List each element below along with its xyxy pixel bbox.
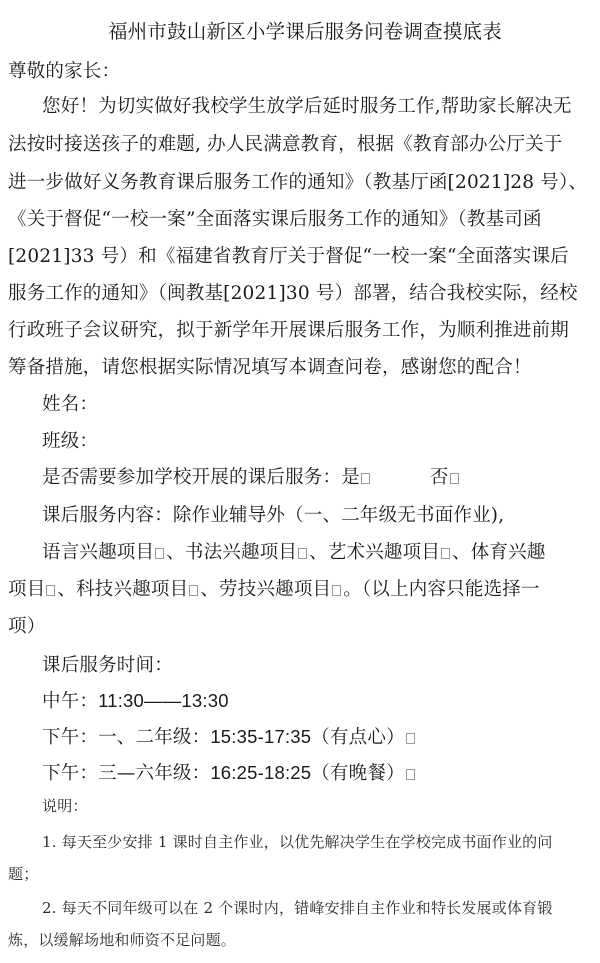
option-art-checkbox[interactable]: [441, 548, 450, 559]
intro-line-2: 法按时接送孩子的难题, 办人民满意教育，根据《教育部办公厅关于: [8, 133, 562, 157]
option-calligraphy-label: 书法兴趣项目: [185, 542, 297, 563]
afternoon1-label: 下午：一、二年级：: [42, 727, 210, 748]
option-tech-checkbox[interactable]: [189, 585, 198, 596]
afternoon2-note: （有晚餐）: [311, 763, 405, 784]
yes-label: 是: [341, 467, 360, 488]
intro-line-3: 进一步做好义务教育课后服务工作的通知》（教基厅函[2021]28 号）、: [8, 171, 587, 195]
intro-line-4: 《关于督促“一校一案”全面落实课后服务工作的通知》（教基司函: [8, 208, 542, 232]
notes-heading: 说明：: [42, 795, 88, 817]
schedule-heading: 课后服务时间：: [42, 654, 173, 678]
separator: 、: [452, 542, 471, 563]
content-intro: 课后服务内容：除作业辅导外（一、二年级无书面作业),: [42, 504, 504, 528]
note-1-line-1: 1. 每天至少安排 1 课时自主作业，以优先解决学生在学校完成书面作业的问: [42, 831, 553, 853]
class-field[interactable]: 班级：: [42, 430, 98, 454]
noon-label: 中午：: [42, 691, 98, 712]
afternoon1-time: 15:35-17:35: [210, 726, 311, 747]
option-sports-label-part2: 项目: [8, 579, 45, 600]
salutation: 尊敬的家长：: [8, 60, 120, 84]
content-note-part2: 项）: [8, 615, 45, 639]
no-checkbox[interactable]: [450, 473, 459, 484]
class-label: 班级：: [42, 431, 98, 452]
participate-question-text: 是否需要参加学校开展的课后服务：: [42, 467, 341, 488]
afternoon1-note: （有点心）: [311, 727, 405, 748]
no-label: 否: [430, 467, 449, 488]
document-title: 福州市鼓山新区小学课后服务问卷调查摸底表: [0, 20, 600, 44]
separator: 、: [309, 542, 328, 563]
option-tech-label: 科技兴趣项目: [76, 579, 188, 600]
schedule-noon: 中午：11:30——13:30: [42, 689, 229, 714]
afternoon2-checkbox[interactable]: [406, 769, 415, 780]
note-2-line-1: 2. 每天不同年级可以在 2 个课时内，错峰安排自主作业和特长发展或体育锻: [42, 897, 553, 919]
content-options-line-1: 语言兴趣项目、书法兴趣项目、艺术兴趣项目、体育兴趣: [42, 541, 546, 565]
option-language-checkbox[interactable]: [155, 548, 164, 559]
option-sports-label-part1: 体育兴趣: [471, 542, 546, 563]
yes-checkbox[interactable]: [361, 473, 370, 484]
intro-line-6: 服务工作的通知》（闽教基[2021]30 号）部署，结合我校实际，经校: [8, 282, 578, 306]
option-language-label: 语言兴趣项目: [42, 542, 154, 563]
option-labor-label: 劳技兴趣项目: [219, 579, 331, 600]
content-note-part1: 。（以上内容只能选择一: [343, 579, 539, 600]
intro-line-5: [2021]33 号）和《福建省教育厅关于督促“一校一案“全面落实课后: [8, 245, 569, 269]
afternoon2-label: 下午：三—六年级：: [42, 763, 210, 784]
intro-line-1: 您好！为切实做好我校学生放学后延时服务工作,帮助家长解决无: [42, 95, 572, 119]
intro-line-7: 行政班子会议研究，拟于新学年开展课后服务工作，为顺利推进前期: [8, 319, 569, 343]
noon-time: 11:30——13:30: [98, 690, 229, 711]
schedule-afternoon-grade3-6: 下午：三—六年级：16:25-18:25（有晚餐）: [42, 761, 417, 786]
separator: 、: [200, 579, 219, 600]
separator: 、: [57, 579, 76, 600]
schedule-afternoon-grade1-2: 下午：一、二年级：15:35-17:35（有点心）: [42, 725, 417, 750]
option-labor-checkbox[interactable]: [332, 585, 341, 596]
option-art-label: 艺术兴趣项目: [328, 542, 440, 563]
name-field[interactable]: 姓名：: [42, 393, 98, 417]
option-sports-checkbox[interactable]: [46, 585, 55, 596]
afternoon2-time: 16:25-18:25: [210, 762, 311, 783]
separator: 、: [166, 542, 185, 563]
participate-question: 是否需要参加学校开展的课后服务：是否: [42, 466, 461, 490]
intro-line-8: 筹备措施，请您根据实际情况填写本调查问卷，感谢您的配合！: [8, 356, 532, 380]
name-label: 姓名：: [42, 394, 98, 415]
afternoon1-checkbox[interactable]: [406, 733, 415, 744]
note-1-line-2: 题；: [8, 863, 38, 885]
note-2-line-2: 炼，以缓解场地和师资不足问题。: [8, 929, 236, 951]
option-calligraphy-checkbox[interactable]: [298, 548, 307, 559]
content-options-line-2: 项目、科技兴趣项目、劳技兴趣项目。（以上内容只能选择一: [8, 578, 540, 602]
